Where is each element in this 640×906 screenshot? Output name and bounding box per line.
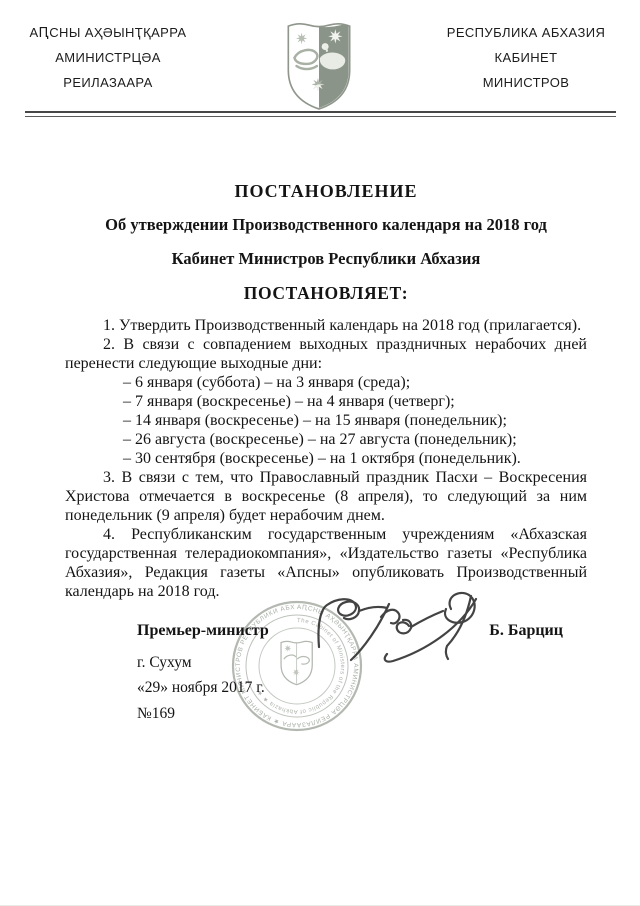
document-body: ПОСТАНОВЛЕНИЕ Об утверждении Производств… — [65, 170, 587, 771]
signature-block: АԤСНЫ АҲӘЫНҬҚАРРА АМИНИСТРЦӘА РЕИЛАЗААРА… — [65, 601, 587, 771]
clause-3: 3. В связи с тем, что Православный празд… — [65, 468, 587, 525]
transfer-list: – 6 января (суббота) – на 3 января (сред… — [65, 373, 587, 468]
letterhead-divider-rule — [25, 111, 616, 117]
letterhead-russian-line2: КАБИНЕТ — [438, 45, 614, 70]
handwritten-signature-icon — [275, 589, 495, 679]
signature-stroke — [359, 607, 387, 611]
decree-document-page: АԤСНЫ АҲӘЫНҬҚАРРА АМИНИСТРЦӘА РЕИЛАЗААРА… — [0, 0, 640, 906]
signature-stroke — [318, 599, 359, 647]
decree-word: ПОСТАНОВЛЯЕТ: — [65, 282, 587, 304]
signature-date: «29» ноября 2017 г. — [65, 679, 587, 697]
signature-stroke — [397, 620, 411, 634]
letterhead-russian-line3: МИНИСТРОВ — [438, 70, 614, 95]
letterhead-russian-line1: РЕСПУБЛИКА АБХАЗИЯ — [438, 20, 614, 45]
transfer-item: – 14 января (воскресенье) – на 15 января… — [65, 411, 587, 430]
issuing-authority: Кабинет Министров Республики Абхазия — [65, 248, 587, 270]
document-subject: Об утверждении Производственного календа… — [65, 214, 587, 236]
letterhead-abkhaz-line2: АМИНИСТРЦӘА — [22, 45, 194, 70]
clause-2: 2. В связи с совпадением выходных праздн… — [65, 335, 587, 373]
abkhazia-coat-of-arms-icon — [285, 21, 353, 111]
document-type-title: ПОСТАНОВЛЕНИЕ — [65, 180, 587, 202]
decree-clauses: 1. Утвердить Производственный календарь … — [65, 316, 587, 601]
letterhead-abkhaz-line3: РЕИЛАЗААРА — [22, 70, 194, 95]
decree-number: №169 — [65, 705, 587, 723]
signature-stroke — [351, 604, 389, 660]
transfer-item: – 7 января (воскресенье) – на 4 января (… — [65, 392, 587, 411]
clause-1: 1. Утвердить Производственный календарь … — [65, 316, 587, 335]
star-bottom — [312, 78, 325, 91]
transfer-item: – 26 августа (воскресенье) – на 27 авгус… — [65, 430, 587, 449]
star-top-right — [328, 29, 342, 43]
signature-stroke — [411, 611, 443, 627]
signatory-position: Премьер-министр — [137, 622, 269, 640]
signatory-name: Б. Барциц — [489, 622, 563, 640]
transfer-item: – 6 января (суббота) – на 3 января (сред… — [65, 373, 587, 392]
letterhead-abkhaz-line1: АԤСНЫ АҲӘЫНҬҚАРРА — [22, 20, 194, 45]
star-top-left — [296, 33, 307, 44]
letterhead-abkhaz: АԤСНЫ АҲӘЫНҬҚАРРА АМИНИСТРЦӘА РЕИЛАЗААРА — [22, 20, 194, 95]
transfer-item: – 30 сентября (воскресенье) – на 1 октяб… — [65, 449, 587, 468]
letterhead-russian: РЕСПУБЛИКА АБХАЗИЯ КАБИНЕТ МИНИСТРОВ — [438, 20, 614, 95]
